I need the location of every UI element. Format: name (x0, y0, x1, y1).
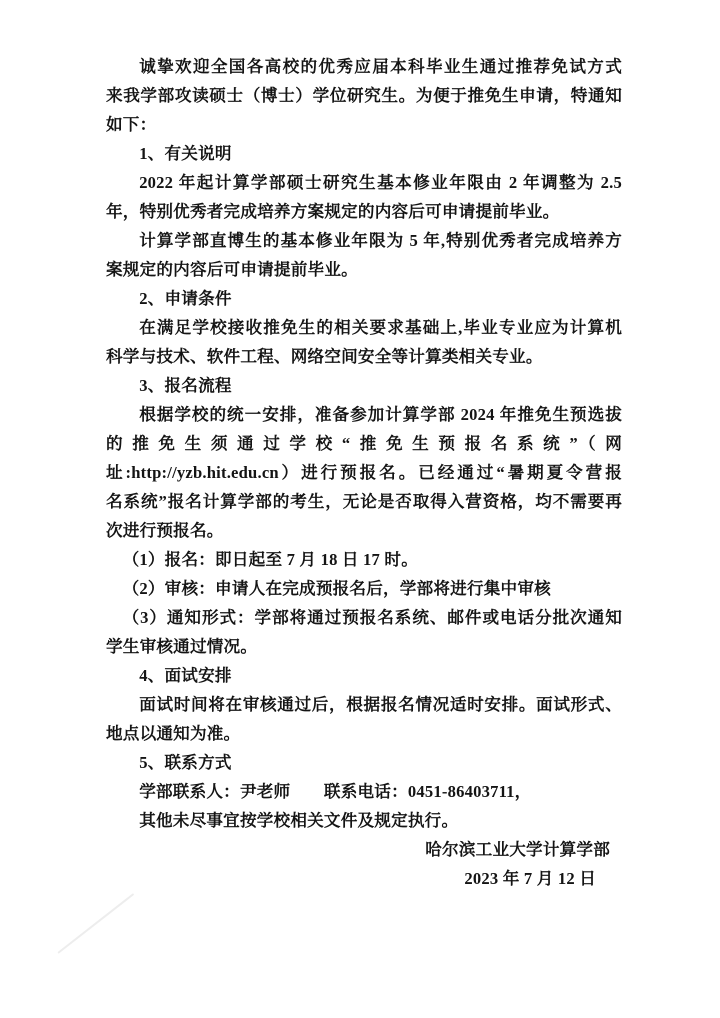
text-line: 次进行预报名。 (106, 516, 622, 545)
text-line: 其他未尽事宜按学校相关文件及规定执行。 (106, 806, 622, 835)
document-page: 诚挚欢迎全国各高校的优秀应届本科毕业生通过推荐免试方式来我学部攻读硕士（博士）学… (0, 0, 720, 1018)
text-line: （2）审核：申请人在完成预报名后，学部将进行集中审核 (106, 574, 622, 603)
text-line: 科学与技术、软件工程、网络空间安全等计算类相关专业。 (106, 342, 622, 371)
text-line: 面试时间将在审核通过后，根据报名情况适时安排。面试形式、 (106, 690, 622, 719)
text-line: 2023 年 7 月 12 日 (106, 864, 622, 893)
text-line: 3、报名流程 (106, 371, 622, 400)
text-line: 学部联系人：尹老师 联系电话：0451-86403711， (106, 777, 622, 806)
text-line: 诚挚欢迎全国各高校的优秀应届本科毕业生通过推荐免试方式 (106, 52, 622, 81)
text-line: 地点以通知为准。 (106, 719, 622, 748)
text-line: 址:http://yzb.hit.edu.cn）进行预报名。已经通过“暑期夏令营… (106, 458, 622, 487)
text-line: 根据学校的统一安排，准备参加计算学部 2024 年推免生预选拔 (106, 400, 622, 429)
text-line: 名系统”报名计算学部的考生，无论是否取得入营资格，均不需要再 (106, 487, 622, 516)
text-line: 2022 年起计算学部硕士研究生基本修业年限由 2 年调整为 2.5 (106, 168, 622, 197)
text-line: 来我学部攻读硕士（博士）学位研究生。为便于推免生申请，特通知 (106, 81, 622, 110)
text-line: 哈尔滨工业大学计算学部 (106, 835, 622, 864)
text-line: （3）通知形式：学部将通过预报名系统、邮件或电话分批次通知 (106, 603, 622, 632)
text-line: 在满足学校接收推免生的相关要求基础上,毕业专业应为计算机 (106, 313, 622, 342)
text-line: 5、联系方式 (106, 748, 622, 777)
text-line: （1）报名：即日起至 7 月 18 日 17 时。 (106, 545, 622, 574)
text-line: 如下： (106, 110, 622, 139)
text-line: 4、面试安排 (106, 661, 622, 690)
text-line: 案规定的内容后可申请提前毕业。 (106, 255, 622, 284)
text-line: 2、申请条件 (106, 284, 622, 313)
text-line: 学生审核通过情况。 (106, 632, 622, 661)
text-line: 的推免生须通过学校“推免生预报名系统”（网 (106, 429, 622, 458)
text-line: 计算学部直博生的基本修业年限为 5 年,特别优秀者完成培养方 (106, 226, 622, 255)
scan-crease-mark (57, 893, 134, 954)
text-line: 年，特别优秀者完成培养方案规定的内容后可申请提前毕业。 (106, 197, 622, 226)
document-body: 诚挚欢迎全国各高校的优秀应届本科毕业生通过推荐免试方式来我学部攻读硕士（博士）学… (106, 52, 622, 893)
text-line: 1、有关说明 (106, 139, 622, 168)
